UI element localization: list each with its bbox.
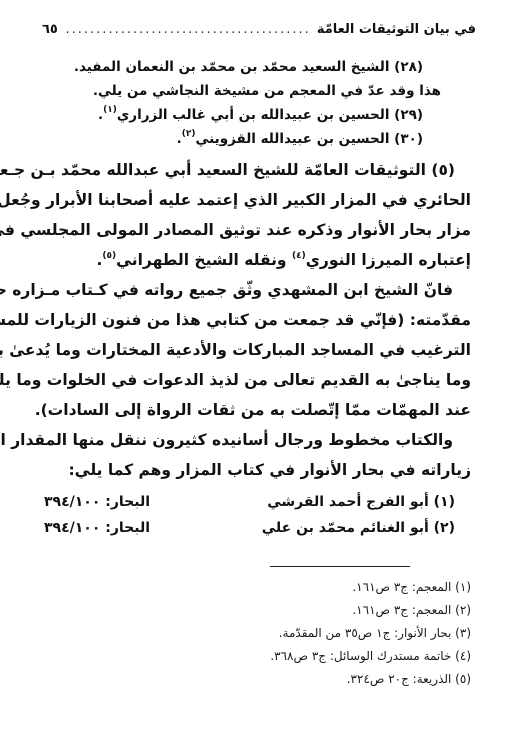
leader-dots: ........................................ [64,22,311,37]
footnote-1: (١) المعجم: ج٣ ص١٦١. [352,578,471,596]
section-5-line-3-text: مزار بحار الأنوار وذكره عند توثيق المصاد… [0,221,471,239]
running-title: في بيان التوثيقات العامّة [317,22,476,37]
list-item-29-text: (٢٩) الحسين بن عبيدالله بن أبي غالب الزر… [117,107,423,123]
page-number: ٦٥ [42,22,58,37]
section-5-line-1: (٥) التوثيقات العامّة للشيخ السعيد أبي ع… [0,156,455,184]
footnote-ref-5[interactable]: (٥) [102,251,116,261]
paragraph-3-line-1: والكتاب مخطوط ورجال أسانيده كثيرون ننقل … [44,426,453,454]
book-page: في بيان التوثيقات العامّة ..............… [0,0,515,729]
narrator-source: البحار: ٣٩٤/١٠٠ [44,490,150,514]
intro-line: هذا وقد عدّ في المعجم من مشيخة النجاشي م… [93,80,441,102]
list-item-30: (٣٠) الحسين بن عبيدالله القزويني(٢). [177,128,423,150]
paragraph-2-line-3: الترغيب في المساجد المباركات والأدعية ال… [44,336,471,364]
section-5-line-3: مزار بحار الأنوار وذكره عند توثيق المصاد… [44,216,471,244]
footnote-ref-4[interactable]: (٤) [292,251,306,261]
footnote-divider [270,566,410,567]
narrator-row-2: (٢) أبو الغنائم محمّد بن علي البحار: ٣٩٤… [44,516,471,540]
list-item-30-text: (٣٠) الحسين بن عبيدالله القزويني [195,131,423,147]
footnote-5: (٥) الذريعة: ج٢٠ ص٣٢٤. [347,670,471,688]
narrator-name: (١) أبو الفرج أحمد القرشي [267,490,455,514]
paragraph-2-line-4: وما يناجىٰ به القديم تعالى من لذيذ الدعو… [44,366,471,394]
narrator-source: البحار: ٣٩٤/١٠٠ [44,516,150,540]
footnote-3: (٣) بحار الأنوار: ج١ ص٣٥ من المقدّمة. [279,624,471,642]
list-item-29: (٢٩) الحسين بن عبيدالله بن أبي غالب الزر… [98,104,423,126]
section-5-line-4: إعتباره الميرزا النوري(٤) ونقله الشيخ ال… [96,246,471,274]
list-item-28: (٢٨) الشيخ السعيد محمّد بن محمّد بن النع… [74,56,423,78]
footnote-ref-2[interactable]: (٢) [182,129,196,139]
paragraph-3-line-2: زياراته في بحار الأنوار في كتاب المزار و… [68,456,471,484]
narrator-row-1: (١) أبو الفرج أحمد القرشي البحار: ٣٩٤/١٠… [44,490,471,514]
section-5-line-4-text: إعتباره الميرزا النوري [306,251,471,269]
paragraph-2-line-5: عند المهمّات ممّا إتّصلت به من ثقات الرو… [35,396,471,424]
footnote-4: (٤) خاتمة مستدرك الوسائل: ج٣ ص٣٦٨. [270,647,471,665]
paragraph-2-line-1: فانّ الشيخ ابن المشهدي وثّق جميع رواته ف… [44,276,453,304]
section-5-line-4-mid: ونقله الشيخ الطهراني [116,251,292,269]
section-5-line-2: الحائري في المزار الكبير الذي إعتمد عليه… [44,186,471,214]
footnote-2: (٢) المعجم: ج٣ ص١٦١. [352,601,471,619]
footnote-ref-1[interactable]: (١) [103,105,117,115]
paragraph-2-line-2: مقدّمته: (فإنّي قد جمعت من كتابي هذا من … [44,306,471,334]
running-header: في بيان التوثيقات العامّة ..............… [42,22,476,42]
narrator-name: (٢) أبو الغنائم محمّد بن علي [262,516,455,540]
